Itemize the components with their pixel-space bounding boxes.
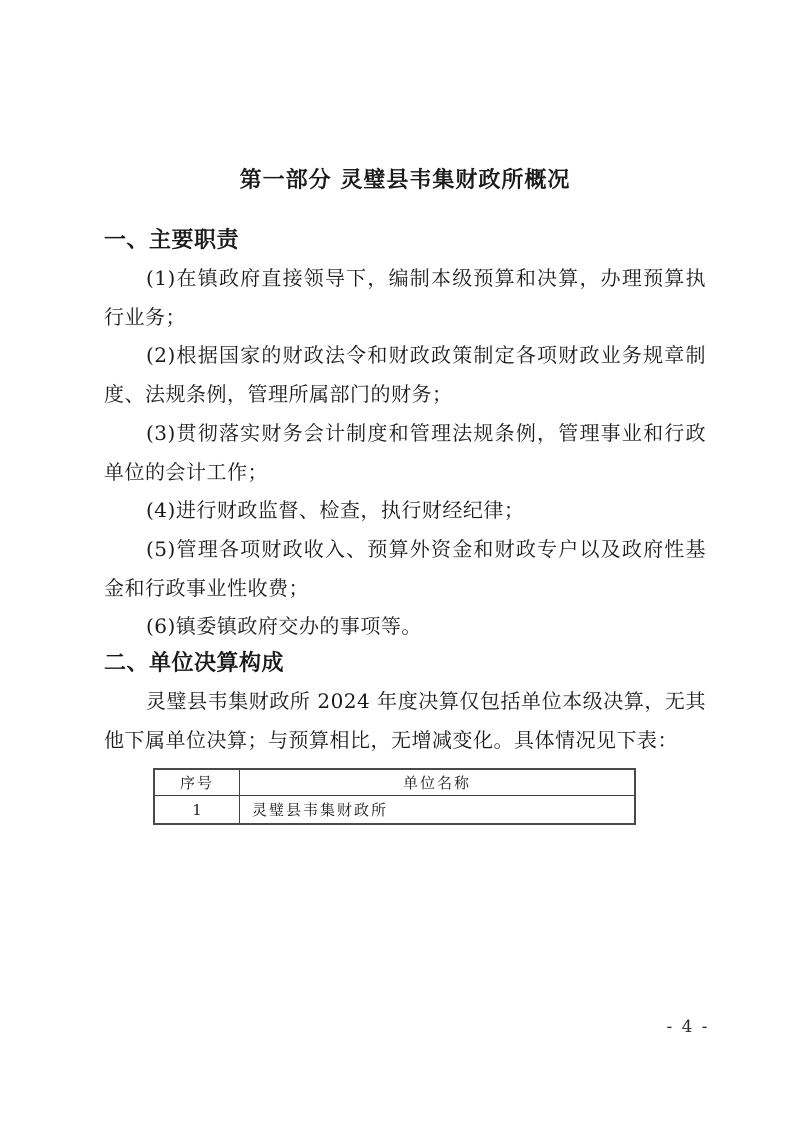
table-row: 1 灵璧县韦集财政所 (154, 796, 635, 825)
duties-paragraph-list: (1)在镇政府直接领导下，编制本级预算和决算，办理预算执行业务； (2)根据国家… (104, 259, 706, 646)
table-cell-index: 1 (154, 796, 240, 825)
paragraph-duty-5: (5)管理各项财政收入、预算外资金和财政专户以及政府性基金和行政事业性收费； (104, 530, 706, 607)
page-number: - 4 - (660, 1017, 716, 1037)
document-content: 第一部分 灵璧县韦集财政所概况 一、主要职责 (1)在镇政府直接领导下，编制本级… (104, 0, 706, 825)
paragraph-duty-4: (4)进行财政监督、检查，执行财经纪律； (104, 491, 706, 530)
paragraph-duty-2: (2)根据国家的财政法令和财政政策制定各项财政业务规章制度、法规条例，管理所属部… (104, 336, 706, 413)
paragraph-duty-1: (1)在镇政府直接领导下，编制本级预算和决算，办理预算执行业务； (104, 259, 706, 336)
table-header-index: 序号 (154, 769, 240, 796)
unit-table: 序号 单位名称 1 灵璧县韦集财政所 (153, 768, 636, 825)
page-title: 第一部分 灵璧县韦集财政所概况 (104, 165, 706, 197)
paragraph-duty-3: (3)贯彻落实财务会计制度和管理法规条例，管理事业和行政单位的会计工作； (104, 414, 706, 491)
table-cell-unit-name: 灵璧县韦集财政所 (240, 796, 636, 825)
section-heading-unit-composition: 二、单位决算构成 (104, 648, 706, 680)
unit-composition-paragraph-block: 灵璧县韦集财政所 2024 年度决算仅包括单位本级决算，无其他下属单位决算；与预… (104, 682, 706, 759)
table-header-unit-name: 单位名称 (240, 769, 636, 796)
unit-table-head: 序号 单位名称 (154, 769, 635, 796)
table-header-row: 序号 单位名称 (154, 769, 635, 796)
paragraph-unit-composition: 灵璧县韦集财政所 2024 年度决算仅包括单位本级决算，无其他下属单位决算；与预… (104, 682, 706, 759)
section-heading-main-duties: 一、主要职责 (104, 225, 706, 257)
paragraph-duty-6: (6)镇委镇政府交办的事项等。 (104, 607, 706, 646)
unit-table-body: 1 灵璧县韦集财政所 (154, 796, 635, 825)
document-page: 第一部分 灵璧县韦集财政所概况 一、主要职责 (1)在镇政府直接领导下，编制本级… (0, 0, 793, 1122)
